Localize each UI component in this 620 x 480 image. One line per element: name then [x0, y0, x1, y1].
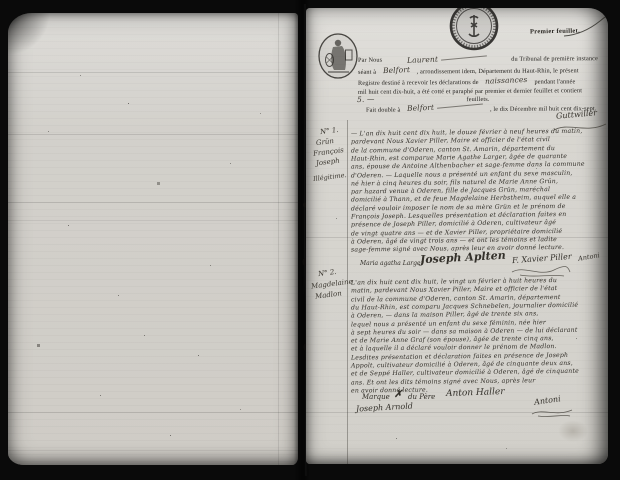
header-line-1: Par Nous Laurent du Tribunal de première…	[358, 55, 598, 64]
fold-line	[8, 134, 298, 135]
paper-smudge	[558, 420, 588, 442]
act1-margin-name: Grün	[316, 137, 335, 147]
seated-figure-timbre-icon	[316, 32, 360, 82]
fold-line-vertical	[278, 13, 279, 465]
father-x-mark: ✗	[394, 389, 402, 400]
right-page: Premier feuillet. Par Nous Laurent du Tr…	[306, 8, 608, 464]
fold-line	[8, 450, 298, 451]
scanned-register-spread: Premier feuillet. Par Nous Laurent du Tr…	[0, 0, 620, 480]
margin-rule	[347, 120, 348, 464]
act2-margin-number: N° 2.	[318, 268, 337, 278]
pen-flourish	[564, 14, 608, 38]
printed-text: séant à	[358, 69, 376, 76]
handwritten-fill: Belfort	[407, 102, 483, 112]
header-line-3: Registre destiné à recevoir les déclarat…	[358, 77, 598, 87]
printed-text: Registre destiné à recevoir les déclarat…	[358, 79, 479, 87]
act1-margin-name: Joseph	[316, 157, 341, 168]
fold-line	[8, 220, 298, 221]
handwritten-fill: naissances	[485, 76, 528, 85]
printed-text: pendant l'année	[534, 78, 575, 85]
printed-text: Par Nous	[358, 57, 382, 64]
fold-line	[8, 72, 298, 73]
fold-line	[8, 202, 298, 203]
act2-signature-paraph: Antoni	[534, 394, 562, 407]
printed-text: , arrondissement idem, Département du Ha…	[417, 67, 579, 75]
printed-text: du Tribunal de première instance	[511, 55, 598, 63]
fold-line	[8, 412, 298, 413]
paper-specks	[306, 8, 307, 9]
left-page-blank	[8, 13, 298, 465]
mark-label-post: du Père	[408, 393, 435, 401]
printed-text: Fait double à	[366, 107, 400, 114]
act1-signature-paraph: Antoni	[577, 251, 600, 263]
signature-flourish	[510, 264, 572, 278]
act1-margin-note: Illégitime.	[313, 171, 347, 183]
paper-specks	[8, 13, 9, 14]
handwritten-fill: Belfort	[383, 66, 410, 74]
handwritten-count: 5. —	[357, 95, 375, 103]
act1-signature-midwife: Maria agatha Larger	[360, 260, 423, 267]
handwritten-fill: Laurent	[407, 54, 487, 64]
header-line-2: séant à Belfort , arrondissement idem, D…	[358, 66, 598, 76]
act2-margin-name: Madlon	[315, 289, 343, 300]
act2-signature-witness: Anton Haller	[446, 387, 505, 399]
signature-flourish	[530, 406, 574, 418]
act1-margin-number: N° 1.	[320, 126, 339, 136]
round-ink-stamp-icon	[448, 8, 500, 57]
mark-label-pre: Marque	[362, 393, 390, 401]
